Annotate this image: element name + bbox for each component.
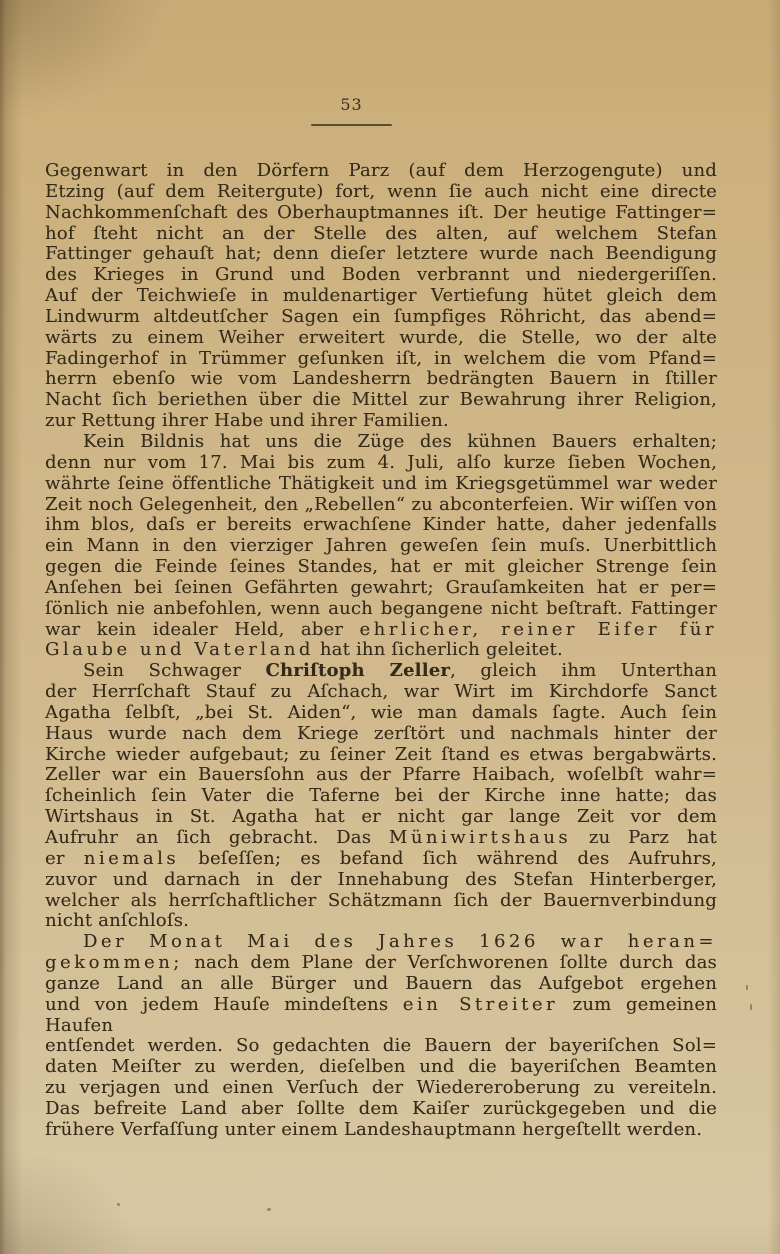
paper-speck	[746, 985, 748, 990]
text-segment-normal: welcher als herrſchaftlicher Schätzmann …	[45, 890, 717, 911]
text-segment-normal: hof ſteht nicht an der Stelle des alten,…	[45, 223, 717, 244]
text-segment-normal: Wirtshaus in St. Agatha hat er nicht gar…	[45, 806, 717, 827]
text-line: Anſehen bei ſeinen Gefährten gewahrt; Gr…	[45, 578, 717, 599]
text-segment-spaced: ehrlicher, reiner Eifer für	[360, 619, 718, 640]
text-line: Das befreite Land aber ſollte dem Kaiſer…	[45, 1099, 717, 1120]
text-segment-normal: entſendet werden. So gedachten die Bauer…	[45, 1035, 717, 1056]
paper-speck	[117, 1203, 120, 1206]
text-segment-normal: Lindwurm altdeutſcher Sagen ein ſumpfige…	[45, 306, 717, 327]
text-segment-bold: Chriſtoph Zeller	[265, 660, 450, 681]
text-line: Nacht ſich beriethen über die Mittel zur…	[45, 390, 717, 411]
text-segment-normal: Fadingerhof in Trümmer geſunken iſt, in …	[45, 348, 717, 369]
text-line: hof ſteht nicht an der Stelle des alten,…	[45, 224, 717, 245]
page-number: 53	[311, 95, 392, 114]
text-line: nicht anſchloſs.	[45, 911, 717, 932]
text-segment-spaced: gekommen;	[45, 952, 183, 973]
text-line: war kein idealer Held, aber ehrlicher, r…	[45, 620, 717, 641]
text-line: und von jedem Hauſe mindeſtens ein Strei…	[45, 995, 717, 1037]
text-line: Aufruhr an ſich gebracht. Das Müniwirtsh…	[45, 828, 717, 849]
text-line: ein Mann in den vierziger Jahren geweſen…	[45, 536, 717, 557]
text-segment-spaced: Müniwirtshaus	[389, 827, 571, 848]
text-line: gekommen; nach dem Plane der Verſchworen…	[45, 953, 717, 974]
text-line: entſendet werden. So gedachten die Bauer…	[45, 1036, 717, 1057]
text-segment-spaced: niemals	[84, 848, 179, 869]
text-line: Haus wurde nach dem Kriege zerſtört und …	[45, 724, 717, 745]
text-line: der Herrſchaft Stauf zu Aſchach, war Wir…	[45, 682, 717, 703]
text-segment-normal: Haus wurde nach dem Kriege zerſtört und …	[45, 723, 717, 744]
text-line: Glaube und Vaterland hat ihn ſicherlich …	[45, 640, 717, 661]
text-segment-normal: Sein Schwager	[83, 660, 265, 681]
text-segment-normal: nach dem Plane der Verſchworenen ſollte …	[183, 952, 717, 973]
paper-speck	[267, 1208, 271, 1211]
text-line: daten Meiſter zu werden, dieſelben und d…	[45, 1057, 717, 1078]
text-line: währte ſeine öffentliche Thätigkeit und …	[45, 474, 717, 495]
text-line: frühere Verfaſſung unter einem Landeshau…	[45, 1120, 717, 1141]
text-line: er niemals beſeſſen; es befand ſich währ…	[45, 849, 717, 870]
text-segment-normal: zuvor und darnach in der Innehabung des …	[45, 869, 717, 890]
text-line: des Krieges in Grund und Boden verbrannt…	[45, 265, 717, 286]
text-line: Lindwurm altdeutſcher Sagen ein ſumpfige…	[45, 307, 717, 328]
text-line: Zeit noch Gelegenheit, den „Rebellen“ zu…	[45, 495, 717, 516]
text-line: Gegenwart in den Dörfern Parz (auf dem H…	[45, 161, 717, 182]
text-segment-normal: er	[45, 848, 84, 869]
text-line: Wirtshaus in St. Agatha hat er nicht gar…	[45, 807, 717, 828]
text-line: zu verjagen und einen Verſuch der Wieder…	[45, 1078, 717, 1099]
paper-speck	[750, 1004, 752, 1010]
text-segment-normal: und von jedem Hauſe mindeſtens	[45, 994, 403, 1015]
text-segment-normal: war kein idealer Held, aber	[45, 619, 360, 640]
paragraph: Der Monat Mai des Jahres 1626 war heran=…	[45, 932, 717, 1140]
text-segment-normal: Fattinger gehauſt hat; denn dieſer letzt…	[45, 243, 717, 264]
paragraph: Sein Schwager Chriſtoph Zeller, gleich i…	[45, 661, 717, 932]
book-page: 53 Gegenwart in den Dörfern Parz (auf de…	[0, 0, 780, 1254]
text-line: ſönlich nie anbefohlen, wenn auch begang…	[45, 599, 717, 620]
text-segment-normal: Etzing (auf dem Reitergute) fort, wenn ſ…	[45, 181, 717, 202]
text-segment-normal: zu Parz hat	[571, 827, 717, 848]
text-line: Kein Bildnis hat uns die Züge des kühnen…	[45, 432, 717, 453]
text-line: herrn ebenſo wie vom Landesherrn bedräng…	[45, 369, 717, 390]
text-segment-normal: der Herrſchaft Stauf zu Aſchach, war Wir…	[45, 681, 717, 702]
text-line: gegen die Feinde ſeines Standes, hat er …	[45, 557, 717, 578]
text-line: zur Rettung ihrer Habe und ihrer Familie…	[45, 411, 717, 432]
text-segment-normal: Auf der Teichwieſe in muldenartiger Vert…	[45, 285, 717, 306]
text-block: Gegenwart in den Dörfern Parz (auf dem H…	[45, 161, 717, 1141]
text-segment-normal: des Krieges in Grund und Boden verbrannt…	[45, 264, 717, 285]
text-line: Zeller war ein Bauersſohn aus der Pfarre…	[45, 765, 717, 786]
text-segment-normal: währte ſeine öffentliche Thätigkeit und …	[45, 473, 717, 494]
text-segment-spaced: Der Monat Mai des Jahres 1626 war heran=	[83, 931, 717, 952]
text-segment-spaced: ein Streiter	[403, 994, 558, 1015]
text-segment-normal: beſeſſen; es befand ſich während des Auf…	[179, 848, 717, 869]
text-segment-normal: ihm blos, daſs er bereits erwachſene Kin…	[45, 514, 717, 535]
text-line: zuvor und darnach in der Innehabung des …	[45, 870, 717, 891]
text-line: Fattinger gehauſt hat; denn dieſer letzt…	[45, 244, 717, 265]
text-segment-normal: , gleich ihm Unterthan	[450, 660, 717, 681]
text-segment-normal: Zeit noch Gelegenheit, den „Rebellen“ zu…	[45, 494, 717, 515]
text-line: wärts zu einem Weiher erweitert wurde, d…	[45, 328, 717, 349]
text-segment-spaced: Glaube und Vaterland	[45, 639, 314, 660]
text-line: ihm blos, daſs er bereits erwachſene Kin…	[45, 515, 717, 536]
text-line: ganze Land an alle Bürger und Bauern das…	[45, 974, 717, 995]
text-segment-normal: Nachkommenſchaft des Oberhauptmannes iſt…	[45, 202, 717, 223]
text-segment-normal: ſcheinlich ſein Vater die Taferne bei de…	[45, 785, 717, 806]
text-segment-normal: Gegenwart in den Dörfern Parz (auf dem H…	[45, 160, 717, 181]
text-line: Etzing (auf dem Reitergute) fort, wenn ſ…	[45, 182, 717, 203]
text-segment-normal: herrn ebenſo wie vom Landesherrn bedräng…	[45, 368, 717, 389]
text-segment-normal: ſönlich nie anbefohlen, wenn auch begang…	[45, 598, 717, 619]
text-line: Nachkommenſchaft des Oberhauptmannes iſt…	[45, 203, 717, 224]
text-segment-normal: frühere Verfaſſung unter einem Landeshau…	[45, 1119, 702, 1140]
text-segment-normal: nicht anſchloſs.	[45, 910, 189, 931]
text-segment-normal: Zeller war ein Bauersſohn aus der Pfarre…	[45, 764, 717, 785]
text-line: Der Monat Mai des Jahres 1626 war heran=	[45, 932, 717, 953]
text-segment-normal: Kein Bildnis hat uns die Züge des kühnen…	[83, 431, 717, 452]
text-segment-normal: Nacht ſich beriethen über die Mittel zur…	[45, 389, 717, 410]
text-segment-normal: daten Meiſter zu werden, dieſelben und d…	[45, 1056, 717, 1077]
text-segment-normal: Anſehen bei ſeinen Gefährten gewahrt; Gr…	[45, 577, 717, 598]
paragraph: Kein Bildnis hat uns die Züge des kühnen…	[45, 432, 717, 661]
page-number-rule	[311, 124, 392, 126]
text-segment-normal: zur Rettung ihrer Habe und ihrer Familie…	[45, 410, 449, 431]
text-segment-normal: gegen die Feinde ſeines Standes, hat er …	[45, 556, 717, 577]
text-segment-normal: hat ihn ſicherlich geleitet.	[314, 639, 563, 660]
text-segment-normal: Kirche wieder aufgebaut; zu ſeiner Zeit …	[45, 744, 717, 765]
text-line: ſcheinlich ſein Vater die Taferne bei de…	[45, 786, 717, 807]
text-line: Kirche wieder aufgebaut; zu ſeiner Zeit …	[45, 745, 717, 766]
text-line: Sein Schwager Chriſtoph Zeller, gleich i…	[45, 661, 717, 682]
text-segment-normal: wärts zu einem Weiher erweitert wurde, d…	[45, 327, 717, 348]
text-line: denn nur vom 17. Mai bis zum 4. Juli, al…	[45, 453, 717, 474]
text-line: Fadingerhof in Trümmer geſunken iſt, in …	[45, 349, 717, 370]
text-segment-normal: ein Mann in den vierziger Jahren geweſen…	[45, 535, 717, 556]
text-segment-normal: zu verjagen und einen Verſuch der Wieder…	[45, 1077, 717, 1098]
text-line: Auf der Teichwieſe in muldenartiger Vert…	[45, 286, 717, 307]
text-segment-normal: Agatha ſelbſt, „bei St. Aiden“, wie man …	[45, 702, 717, 723]
text-segment-normal: Das befreite Land aber ſollte dem Kaiſer…	[45, 1098, 717, 1119]
paragraph: Gegenwart in den Dörfern Parz (auf dem H…	[45, 161, 717, 432]
text-line: Agatha ſelbſt, „bei St. Aiden“, wie man …	[45, 703, 717, 724]
text-segment-normal: denn nur vom 17. Mai bis zum 4. Juli, al…	[45, 452, 717, 473]
text-line: welcher als herrſchaftlicher Schätzmann …	[45, 891, 717, 912]
text-segment-normal: ganze Land an alle Bürger und Bauern das…	[45, 973, 717, 994]
text-segment-normal: Aufruhr an ſich gebracht. Das	[45, 827, 389, 848]
